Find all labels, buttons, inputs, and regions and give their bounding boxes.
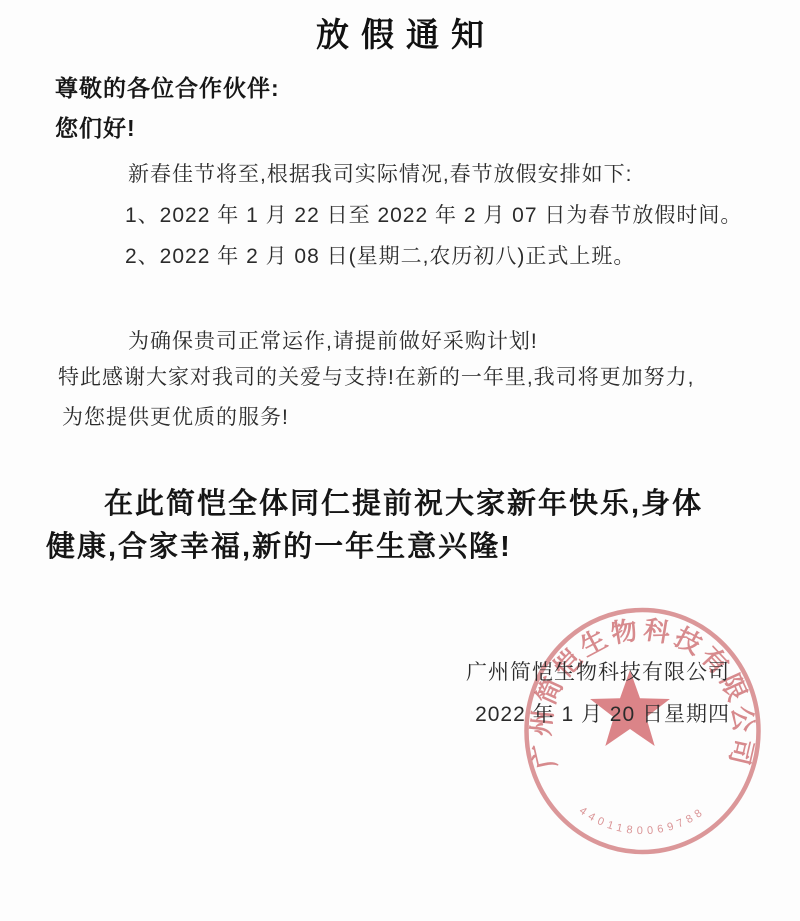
thanks-line-2: 为您提供更优质的服务! xyxy=(62,405,289,431)
holiday-item-2: 2、2022 年 2 月 08 日(星期二,农历初八)正式上班。 xyxy=(125,244,635,270)
signature-company-name: 广州简恺生物科技有限公司 xyxy=(0,660,730,686)
notice-title: 放假通知 xyxy=(0,14,800,55)
greeting-line: 您们好! xyxy=(55,114,136,143)
closing-line-1: 在此简恺全体同仁提前祝大家新年快乐,身体 xyxy=(104,486,703,522)
notice-content: 放假通知 尊敬的各位合作伙伴: 您们好! 新春佳节将至,根据我司实际情况,春节放… xyxy=(0,0,800,921)
thanks-line-1: 特此感谢大家对我司的关爱与支持!在新的一年里,我司将更加努力, xyxy=(58,365,695,391)
intro-line: 新春佳节将至,根据我司实际情况,春节放假安排如下: xyxy=(128,162,633,188)
holiday-notice-document: 广州简恺生物科技有限公司 4401180069788 放假通知 尊敬的各位合作伙… xyxy=(0,0,800,921)
salutation-line: 尊敬的各位合作伙伴: xyxy=(55,74,280,103)
signature-date: 2022 年 1 月 20 日星期四 xyxy=(0,702,730,728)
reminder-line: 为确保贵司正常运作,请提前做好采购计划! xyxy=(128,329,538,355)
closing-line-2: 健康,合家幸福,新的一年生意兴隆! xyxy=(46,529,512,565)
holiday-item-1: 1、2022 年 1 月 22 日至 2022 年 2 月 07 日为春节放假时… xyxy=(125,203,742,229)
